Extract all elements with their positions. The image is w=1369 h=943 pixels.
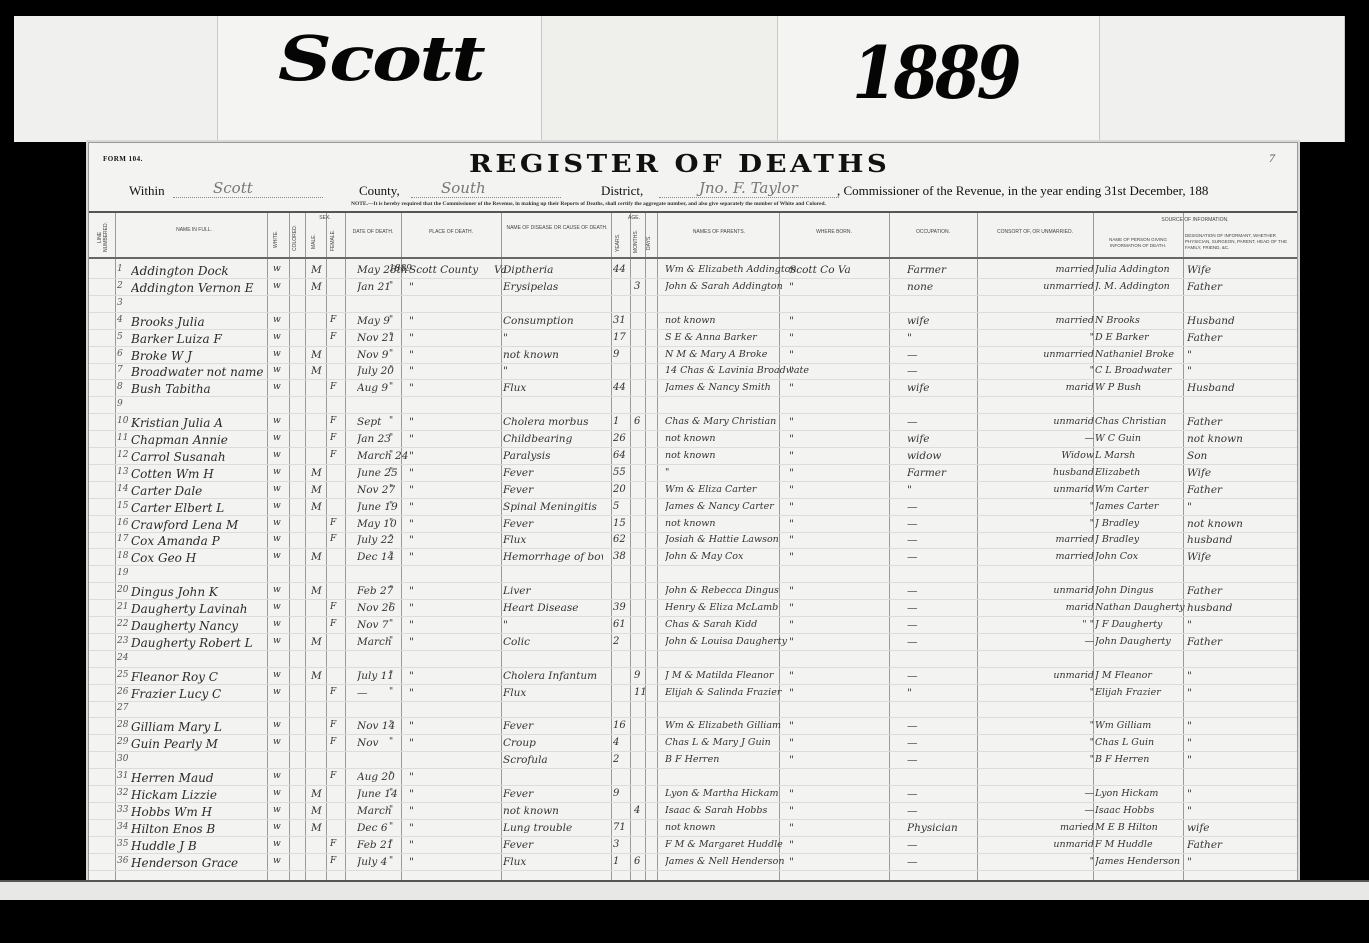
- where-born: ": [789, 737, 909, 749]
- informant-name: D E Barker: [1095, 332, 1185, 343]
- age-years: 38: [613, 551, 629, 562]
- table-row: 10Kristian Julia AwFSept""Cholera morbus…: [89, 415, 1297, 431]
- age-years: 55: [613, 467, 629, 478]
- age-years: 20: [613, 484, 629, 495]
- sex-male: M: [311, 467, 325, 479]
- parents-names: Elijah & Salinda Frazier: [665, 687, 809, 698]
- parents-names: Isaac & Sarah Hobbs: [665, 805, 809, 816]
- sex-male: M: [311, 636, 325, 648]
- deceased-name: Cox Amanda P: [131, 534, 263, 548]
- line-number: 1: [117, 264, 131, 274]
- sex-female: F: [330, 416, 344, 426]
- table-row: 22Daugherty NancywFNov 7"""61Chas & Sara…: [89, 618, 1297, 634]
- occupation: —: [907, 619, 997, 631]
- race-white: w: [273, 264, 291, 274]
- informant-name: James Henderson: [1095, 856, 1185, 867]
- cause-of-death: Colic: [503, 636, 603, 648]
- where-born: ": [789, 839, 909, 851]
- race-white: w: [273, 805, 291, 815]
- where-born: ": [789, 365, 909, 377]
- table-row: 12Carrol SusanahwFMarch 24""Paralysis64n…: [89, 449, 1297, 465]
- cause-of-death: Fever: [503, 467, 603, 479]
- informant-relation: Husband: [1187, 315, 1287, 327]
- consort-status: —: [1009, 805, 1094, 816]
- where-born: ": [789, 602, 909, 614]
- age-years: 9: [613, 788, 629, 799]
- deceased-name: Huddle J B: [131, 839, 263, 853]
- race-white: w: [273, 585, 291, 595]
- where-born: ": [789, 450, 909, 462]
- cause-of-death: Fever: [503, 788, 603, 800]
- consort-status: ": [1009, 518, 1094, 529]
- informant-relation: wife: [1187, 822, 1287, 834]
- table-row: 15Carter Elbert LwMJune 19""Spinal Menin…: [89, 500, 1297, 516]
- race-white: w: [273, 636, 291, 646]
- consort-status: ": [1009, 737, 1094, 748]
- sex-male: M: [311, 551, 325, 563]
- cause-of-death: not known: [503, 349, 603, 361]
- race-white: w: [273, 602, 291, 612]
- col-date: Date of death.: [347, 229, 399, 235]
- informant-relation: Wife: [1187, 467, 1287, 479]
- where-born: ": [789, 805, 909, 817]
- race-white: w: [273, 687, 291, 697]
- parents-names: Wm & Elizabeth Addington: [665, 264, 809, 275]
- consort-status: ": [1009, 754, 1094, 765]
- race-white: w: [273, 501, 291, 511]
- informant-relation: ": [1187, 737, 1287, 749]
- informant-name: W C Guin: [1095, 433, 1185, 444]
- sex-female: F: [330, 856, 344, 866]
- sex-female: F: [330, 450, 344, 460]
- occupation: —: [907, 349, 997, 361]
- race-white: w: [273, 737, 291, 747]
- col-place: Place of death.: [403, 229, 499, 235]
- deceased-name: Hilton Enos B: [131, 822, 263, 836]
- line-number: 28: [117, 720, 131, 730]
- age-years: 64: [613, 450, 629, 461]
- occupation: —: [907, 534, 997, 546]
- cause-of-death: Paralysis: [503, 450, 603, 462]
- race-white: w: [273, 467, 291, 477]
- informant-name: B F Herren: [1095, 754, 1185, 765]
- line-number: 3: [117, 298, 131, 308]
- occupation: —: [907, 416, 997, 428]
- sex-male: M: [311, 264, 325, 276]
- age-months: 6: [634, 416, 650, 427]
- col-years: Years.: [615, 233, 625, 253]
- table-row: 13Cotten Wm HwMJune 25""Fever55""Farmerh…: [89, 466, 1297, 482]
- commissioner-value: Jno. F. Taylor: [659, 179, 839, 198]
- cause-of-death: Consumption: [503, 315, 603, 327]
- col-line-numbered: Line numbered.: [97, 219, 107, 255]
- race-white: w: [273, 518, 291, 528]
- informant-relation: Husband: [1187, 382, 1287, 394]
- informant-name: Wm Gilliam: [1095, 720, 1185, 731]
- note-text: NOTE.—It is hereby required that the Com…: [351, 201, 826, 207]
- race-white: w: [273, 670, 291, 680]
- age-years: 4: [613, 737, 629, 748]
- parents-names: James & Nancy Smith: [665, 382, 809, 393]
- page-title: REGISTER OF DEATHS: [469, 149, 890, 178]
- parents-names: J M & Matilda Fleanor: [665, 670, 809, 681]
- race-white: w: [273, 281, 291, 291]
- line-number: 33: [117, 805, 131, 815]
- parents-names: John & Sarah Addington: [665, 281, 809, 292]
- informant-relation: ": [1187, 754, 1287, 766]
- parents-names: Josiah & Hattie Lawson: [665, 534, 809, 545]
- deceased-name: Addington Vernon E: [131, 281, 263, 295]
- occupation: —: [907, 856, 997, 868]
- table-row: 3: [89, 297, 1297, 313]
- line-number: 29: [117, 737, 131, 747]
- parents-names: Henry & Eliza McLamb: [665, 602, 809, 613]
- line-number: 13: [117, 467, 131, 477]
- cause-of-death: Flux: [503, 856, 603, 868]
- deceased-name: Dingus John K: [131, 585, 263, 599]
- informant-name: C L Broadwater: [1095, 365, 1185, 376]
- sex-male: M: [311, 365, 325, 377]
- line-number: 23: [117, 636, 131, 646]
- informant-name: Lyon Hickam: [1095, 788, 1185, 799]
- race-white: w: [273, 433, 291, 443]
- age-months: 4: [634, 805, 650, 816]
- parents-names: not known: [665, 315, 809, 326]
- label-strip: Scott 1889: [0, 0, 1369, 142]
- age-years: 26: [613, 433, 629, 444]
- cause-of-death: Liver: [503, 585, 603, 597]
- occupation: none: [907, 281, 997, 293]
- informant-relation: ": [1187, 349, 1287, 361]
- race-white: w: [273, 416, 291, 426]
- informant-relation: ": [1187, 501, 1287, 513]
- cause-of-death: Hemorrhage of bowels: [503, 551, 603, 563]
- deceased-name: Henderson Grace: [131, 856, 263, 870]
- table-row: 34Hilton Enos BwMDec 6""Lung trouble71no…: [89, 821, 1297, 837]
- parents-names: Chas & Sarah Kidd: [665, 619, 809, 630]
- cause-of-death: not known: [503, 805, 603, 817]
- consort-status: —: [1009, 788, 1094, 799]
- where-born: ": [789, 687, 909, 699]
- consort-status: ": [1009, 856, 1094, 867]
- informant-relation: Father: [1187, 636, 1287, 648]
- table-row: 8Bush TabithawFAug 9""Flux44James & Nanc…: [89, 381, 1297, 397]
- where-born: ": [789, 484, 909, 496]
- deceased-name: Frazier Lucy C: [131, 687, 263, 701]
- sex-female: F: [330, 771, 344, 781]
- consort-status: Widow: [1009, 450, 1094, 461]
- race-white: w: [273, 534, 291, 544]
- consort-status: unmarried: [1009, 349, 1094, 360]
- consort-status: unmarried: [1009, 281, 1094, 292]
- table-row: 18Cox Geo HwMDec 14""Hemorrhage of bowel…: [89, 550, 1297, 566]
- age-years: 71: [613, 822, 629, 833]
- informant-relation: Father: [1187, 416, 1287, 428]
- sheet-bottom-edge: [0, 880, 1369, 900]
- informant-relation: ": [1187, 805, 1287, 817]
- cause-of-death: Cholera morbus: [503, 416, 603, 428]
- informant-name: Chas Christian: [1095, 416, 1185, 427]
- informant-name: Wm Carter: [1095, 484, 1185, 495]
- county-label-handwritten: Scott: [278, 22, 483, 95]
- parents-names: not known: [665, 518, 809, 529]
- table-row: 19: [89, 567, 1297, 583]
- consort-status: married: [1009, 534, 1094, 545]
- age-years: 17: [613, 332, 629, 343]
- informant-name: James Carter: [1095, 501, 1185, 512]
- parents-names: Wm & Elizabeth Gilliam: [665, 720, 809, 731]
- age-months: 9: [634, 670, 650, 681]
- line-number: 22: [117, 619, 131, 629]
- occupation: ": [907, 484, 997, 496]
- deceased-name: Carrol Susanah: [131, 450, 263, 464]
- informant-name: Chas L Guin: [1095, 737, 1185, 748]
- cause-of-death: Flux: [503, 687, 603, 699]
- col-source: Source of information.: [1095, 217, 1295, 223]
- sex-female: F: [330, 315, 344, 325]
- sex-female: F: [330, 602, 344, 612]
- deceased-name: Kristian Julia A: [131, 416, 263, 430]
- deceased-name: Daugherty Robert L: [131, 636, 263, 650]
- informant-relation: Father: [1187, 281, 1287, 293]
- line-number: 19: [117, 568, 131, 578]
- consort-status: unmarid: [1009, 585, 1094, 596]
- line-number: 18: [117, 551, 131, 561]
- deceased-name: Crawford Lena M: [131, 518, 263, 532]
- consort-status: unmarid: [1009, 416, 1094, 427]
- cause-of-death: Fever: [503, 518, 603, 530]
- occupation: —: [907, 365, 997, 377]
- race-white: w: [273, 839, 291, 849]
- line-number: 14: [117, 484, 131, 494]
- table-row: 6Broke W JwMNov 9""not known9N M & Mary …: [89, 348, 1297, 364]
- line-number: 11: [117, 433, 131, 443]
- where-born: ": [789, 788, 909, 800]
- cause-of-death: Spinal Meningitis: [503, 501, 603, 513]
- informant-name: Elijah Frazier: [1095, 687, 1185, 698]
- register-table: Line numbered. Name in full. White. Colo…: [89, 211, 1297, 883]
- where-born: ": [789, 720, 909, 732]
- cause-of-death: Croup: [503, 737, 603, 749]
- col-days: Days.: [646, 233, 656, 253]
- informant-relation: Father: [1187, 332, 1287, 344]
- age-years: 1: [613, 856, 629, 867]
- table-row: 35Huddle J BwFFeb 21""Fever3F M & Margar…: [89, 838, 1297, 854]
- age-months: 3: [634, 281, 650, 292]
- occupation: —: [907, 602, 997, 614]
- deceased-name: Broadwater not named: [131, 365, 263, 379]
- where-born: ": [789, 433, 909, 445]
- line-number: 6: [117, 349, 131, 359]
- sex-male: M: [311, 585, 325, 597]
- line-number: 21: [117, 602, 131, 612]
- informant-name: L Marsh: [1095, 450, 1185, 461]
- line-number: 5: [117, 332, 131, 342]
- informant-relation: ": [1187, 619, 1287, 631]
- sex-female: F: [330, 433, 344, 443]
- col-relation: Designation of informant, whether physic…: [1185, 233, 1295, 251]
- age-years: 5: [613, 501, 629, 512]
- informant-relation: husband: [1187, 602, 1287, 614]
- sex-male: M: [311, 822, 325, 834]
- where-born: ": [789, 585, 909, 597]
- where-born: ": [789, 551, 909, 563]
- cause-of-death: Heart Disease: [503, 602, 603, 614]
- cause-of-death: Scrofula: [503, 754, 603, 766]
- age-years: 44: [613, 264, 629, 275]
- occupation: —: [907, 670, 997, 682]
- table-row: 33Hobbs Wm HwMMarch""not known4Isaac & S…: [89, 804, 1297, 820]
- occupation: —: [907, 501, 997, 513]
- line-number: 25: [117, 670, 131, 680]
- consort-status: maried: [1009, 822, 1094, 833]
- col-parents: Names of parents.: [661, 229, 777, 235]
- within-value: Scott: [173, 179, 323, 198]
- consort-status: marid: [1009, 382, 1094, 393]
- col-male: Male.: [311, 231, 321, 251]
- commissioner-text: , Commissioner of the Revenue, in the ye…: [837, 183, 1208, 199]
- parents-names: Lyon & Martha Hickam: [665, 788, 809, 799]
- table-row: 11Chapman AnniewFJan 23""Childbearing26n…: [89, 432, 1297, 448]
- informant-name: F M Huddle: [1095, 839, 1185, 850]
- line-number: 15: [117, 501, 131, 511]
- parents-names: N M & Mary A Broke: [665, 349, 809, 360]
- header-line: Within Scott County, South District, Jno…: [129, 179, 1289, 201]
- sex-female: F: [330, 720, 344, 730]
- informant-relation: ": [1187, 365, 1287, 377]
- race-white: w: [273, 349, 291, 359]
- informant-name: John Dingus: [1095, 585, 1185, 596]
- line-number: 36: [117, 856, 131, 866]
- sex-female: F: [330, 839, 344, 849]
- deceased-name: Daugherty Nancy: [131, 619, 263, 633]
- consort-status: married: [1009, 551, 1094, 562]
- race-white: w: [273, 822, 291, 832]
- informant-name: J Bradley: [1095, 518, 1185, 529]
- occupation: —: [907, 737, 997, 749]
- where-born: ": [789, 281, 909, 293]
- table-row: 17Cox Amanda PwFJuly 22""Flux62Josiah & …: [89, 533, 1297, 549]
- line-number: 16: [117, 518, 131, 528]
- informant-name: Elizabeth: [1095, 467, 1185, 478]
- occupation: widow: [907, 450, 997, 462]
- occupation: —: [907, 636, 997, 648]
- year-label-handwritten: 1889: [852, 30, 1018, 115]
- sex-male: M: [311, 281, 325, 293]
- scan-border: [0, 900, 1369, 943]
- informant-name: John Daugherty: [1095, 636, 1185, 647]
- col-consort: Consort of, or unmarried.: [979, 229, 1091, 235]
- occupation: wife: [907, 382, 997, 394]
- deceased-name: Barker Luiza F: [131, 332, 263, 346]
- age-years: 62: [613, 534, 629, 545]
- informant-name: Julia Addington: [1095, 264, 1185, 275]
- informant-relation: ": [1187, 720, 1287, 732]
- occupation: Farmer: [907, 467, 997, 479]
- parents-names: Chas & Mary Christian: [665, 416, 809, 427]
- col-informant: Name of person giving information of dea…: [1095, 237, 1181, 249]
- table-row: 26Frazier Lucy CwF—""Flux11Elijah & Sali…: [89, 686, 1297, 702]
- table-row: 28Gilliam Mary LwFNov 14""Fever16Wm & El…: [89, 719, 1297, 735]
- informant-name: J. M. Addington: [1095, 281, 1185, 292]
- cause-of-death: Lung trouble: [503, 822, 603, 834]
- age-years: 39: [613, 602, 629, 613]
- informant-name: Nathaniel Broke: [1095, 349, 1185, 360]
- consort-status: ": [1009, 501, 1094, 512]
- occupation: —: [907, 720, 997, 732]
- consort-status: ": [1009, 365, 1094, 376]
- where-born: ": [789, 636, 909, 648]
- consort-status: ": [1009, 687, 1094, 698]
- deceased-name: Bush Tabitha: [131, 382, 263, 396]
- where-born: Scott Co Va: [789, 264, 909, 276]
- consort-status: husband: [1009, 467, 1094, 478]
- age-years: 1: [613, 416, 629, 427]
- line-number: 20: [117, 585, 131, 595]
- col-born: Where born.: [781, 229, 887, 235]
- parents-names: B F Herren: [665, 754, 809, 765]
- line-number: 31: [117, 771, 131, 781]
- where-born: ": [789, 534, 909, 546]
- occupation: —: [907, 754, 997, 766]
- parents-names: S E & Anna Barker: [665, 332, 809, 343]
- deceased-name: Addington Dock: [131, 264, 263, 278]
- informant-name: John Cox: [1095, 551, 1185, 562]
- county-label: County,: [359, 183, 400, 199]
- age-years: 2: [613, 754, 629, 765]
- occupation: Physician: [907, 822, 997, 834]
- table-row: 16Crawford Lena MwFMay 10""Fever15not kn…: [89, 517, 1297, 533]
- parents-names: Chas L & Mary J Guin: [665, 737, 809, 748]
- cause-of-death: Fever: [503, 839, 603, 851]
- cause-of-death: Diptheria: [503, 264, 603, 276]
- race-white: w: [273, 450, 291, 460]
- occupation: —: [907, 551, 997, 563]
- table-row: 32Hickam LizziewMJune 14""Fever9Lyon & M…: [89, 787, 1297, 803]
- sex-female: F: [330, 518, 344, 528]
- table-row: 2Addington Vernon EwMJan 21""Erysipelas3…: [89, 280, 1297, 296]
- informant-relation: Son: [1187, 450, 1287, 462]
- line-number: 26: [117, 687, 131, 697]
- informant-name: Nathan Daugherty: [1095, 602, 1185, 613]
- table-row: 5Barker Luiza FwFNov 21"""17S E & Anna B…: [89, 331, 1297, 347]
- table-row: 30Scrofula2B F Herren"—"B F Herren": [89, 753, 1297, 769]
- where-born: ": [789, 754, 909, 766]
- deceased-name: Cox Geo H: [131, 551, 263, 565]
- race-white: w: [273, 365, 291, 375]
- where-born: ": [789, 501, 909, 513]
- age-years: 44: [613, 382, 629, 393]
- line-number: 12: [117, 450, 131, 460]
- register-sheet: FORM 104. REGISTER OF DEATHS 7 Within Sc…: [88, 142, 1298, 884]
- col-age: Age.: [611, 215, 657, 221]
- race-white: w: [273, 619, 291, 629]
- informant-relation: husband: [1187, 534, 1287, 546]
- deceased-name: Cotten Wm H: [131, 467, 263, 481]
- blank-card: [1100, 16, 1345, 142]
- age-months: 11: [634, 687, 650, 698]
- cause-of-death: Cholera Infantum: [503, 670, 603, 682]
- line-number: 35: [117, 839, 131, 849]
- form-number: FORM 104.: [103, 155, 143, 163]
- consort-status: unmarid: [1009, 670, 1094, 681]
- cause-of-death: Fever: [503, 720, 603, 732]
- deceased-name: Hickam Lizzie: [131, 788, 263, 802]
- consort-status: —: [1009, 636, 1094, 647]
- consort-status: unmarid: [1009, 484, 1094, 495]
- line-number: 34: [117, 822, 131, 832]
- age-years: 15: [613, 518, 629, 529]
